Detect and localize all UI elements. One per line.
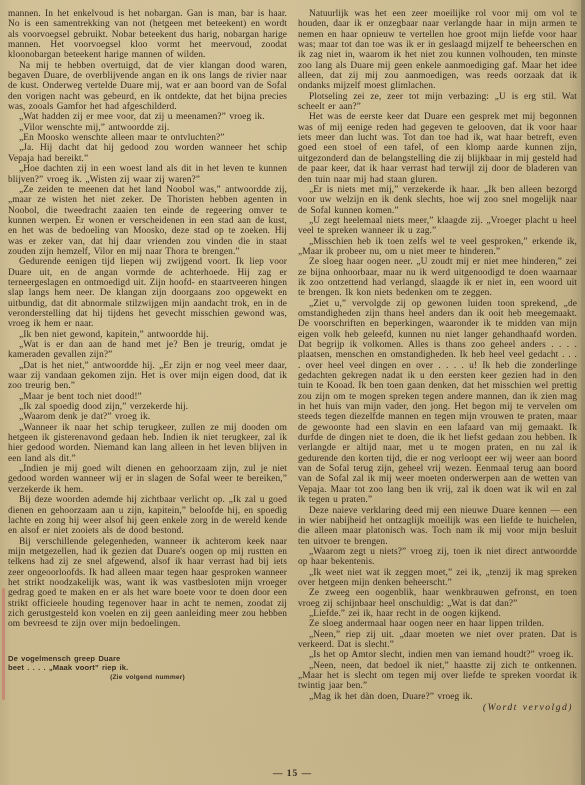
paragraph: „Indien je mij goed wilt dienen en gehoo…	[8, 464, 287, 495]
left-column: mannen. In het enkelvoud is het nobargan…	[8, 9, 287, 713]
paragraph: „Waarom zegt u niets?” vroeg zij, toen i…	[298, 547, 577, 568]
paragraph: „Wat is er dan aan de hand met je? Ben j…	[8, 340, 287, 361]
paragraph: Ze sloeg andermaal haar oogen neer en ha…	[298, 619, 577, 629]
paragraph: „Er is niets met mij,” verzekerde ik haa…	[298, 185, 577, 216]
right-column-text: Natuurlijk was het een zeer moeilijke ro…	[298, 9, 577, 702]
paragraph: „Ik zal spoedig dood zijn,” verzekerde h…	[8, 402, 287, 412]
paragraph: „U zegt heelemaal niets meer,” klaagde z…	[298, 216, 577, 237]
paragraph: „Neen, neen, dat bedoel ik niet,” haastt…	[298, 661, 577, 692]
scan-edge-shadow	[581, 0, 585, 785]
paragraph: „Mag ik het dàn doen, Duare?” vroeg ik.	[298, 692, 577, 702]
paragraph: „Ziet u,” vervolgde zij op gewonen luide…	[298, 299, 577, 506]
paragraph: Bij deze woorden ademde hij zichtbaar ve…	[8, 495, 287, 536]
paragraph: Bij verschillende gelegenheden, wanneer …	[8, 537, 287, 630]
paragraph: Natuurlijk was het een zeer moeilijke ro…	[298, 9, 577, 92]
caption-line: De vogelmensch greep Duare	[8, 654, 287, 663]
text-columns: mannen. In het enkelvoud is het nobargan…	[8, 9, 577, 713]
right-column: Natuurlijk was het een zeer moeilijke ro…	[298, 9, 577, 713]
paragraph: „En Moosko wenschte alleen maar te ontvl…	[8, 133, 287, 143]
paragraph: „Wanneer ik naar het schip terugkeer, zu…	[8, 423, 287, 464]
paragraph: „Waarom denk je dat?” vroeg ik.	[8, 412, 287, 422]
caption-note: (Zie volgend nummer)	[8, 673, 287, 682]
paragraph: „Misschien heb ik toen zelfs wel te veel…	[298, 237, 577, 258]
paragraph: „Hoe dachten zij in een woest land als d…	[8, 164, 287, 185]
magazine-page: mannen. In het enkelvoud is het nobargan…	[0, 0, 585, 785]
paragraph: „Ze zeiden te meenen dat het land Noobol…	[8, 185, 287, 257]
paragraph: „Neen,” riep zij uit. „daar moeten we ni…	[298, 630, 577, 651]
paragraph: Plotseling zei ze, zeer tot mijn verbazi…	[298, 92, 577, 113]
paragraph: „Vilor wenschte mij,” antwoordde zij.	[8, 123, 287, 133]
paragraph: „Ik weet niet wat ik zeggen moet,” zei i…	[298, 568, 577, 589]
continued-note: (Wordt vervolgd)	[298, 703, 577, 713]
caption-line: beet . . . . „Maak voort” riep ik.	[8, 663, 287, 672]
paragraph: Ze zweeg een oogenblik, haar wenkbrauwen…	[298, 588, 577, 609]
paragraph: Het was de eerste keer dat Duare een ges…	[298, 112, 577, 184]
paragraph: Na mij te hebben overtuigd, dat de vier …	[8, 61, 287, 113]
paragraph: „Maar je bent toch niet dood!”	[8, 392, 287, 402]
paragraph: „Ja. Hij dacht dat hij gedood zou worden…	[8, 143, 287, 164]
paragraph: „Liefde.” zei ik, haar recht in de oogen…	[298, 609, 577, 619]
paragraph: Deze naieve verklaring deed mij een nieu…	[298, 506, 577, 547]
paragraph: mannen. In het enkelvoud is het nobargan…	[8, 9, 287, 61]
paragraph: „Ik ben niet gewond, kapitein,” antwoord…	[8, 330, 287, 340]
paragraph: „Wat hadden zij er mee voor, dat zij u m…	[8, 112, 287, 122]
paragraph: Ze sloeg haar oogen neer. „U zoudt mij e…	[298, 257, 577, 298]
paragraph: „Dat is het niet,” antwoordde hij. „Er z…	[8, 361, 287, 392]
paragraph: „Is het op Amtor slecht, indien men van …	[298, 650, 577, 660]
illustration-caption: De vogelmensch greep Duare beet . . . . …	[8, 654, 287, 683]
scan-edge-mark	[2, 588, 5, 700]
paragraph: Gedurende eenigen tijd liepen wij zwijge…	[8, 257, 287, 329]
left-column-text: mannen. In het enkelvoud is het nobargan…	[8, 9, 287, 630]
page-number: — 15 —	[0, 769, 585, 779]
